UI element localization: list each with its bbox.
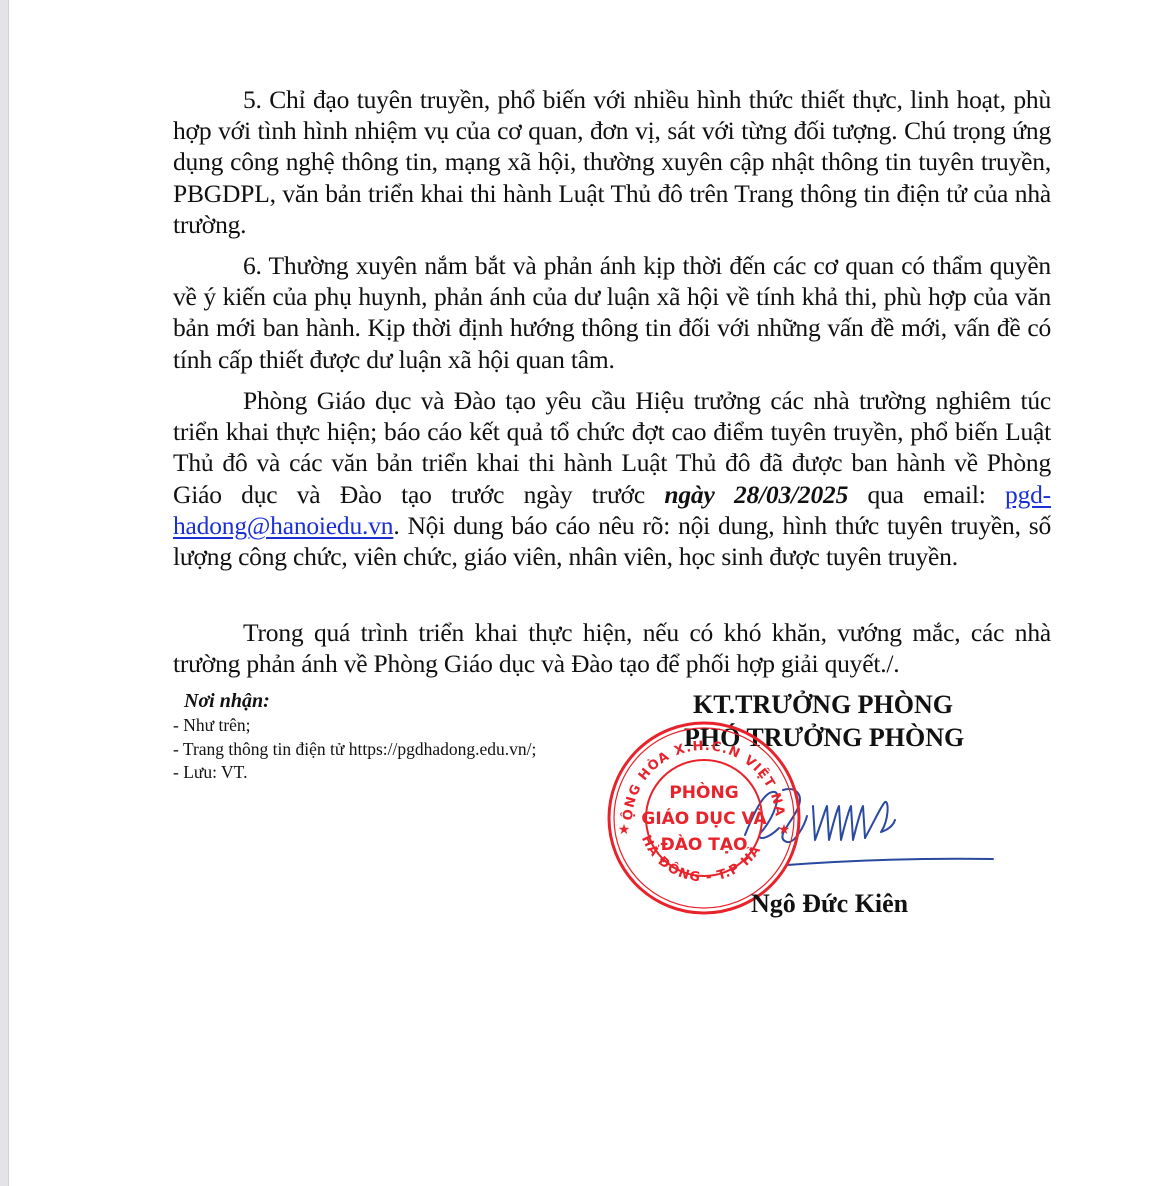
signature-title-primary: KT.TRƯỞNG PHÒNG — [693, 688, 973, 721]
svg-text:GIÁO DỤC VÀ: GIÁO DỤC VÀ — [641, 807, 767, 829]
viewer-left-rail — [0, 0, 9, 1186]
recipient-item: - Như trên; — [173, 714, 536, 738]
signer-name: Ngô Đức Kiên — [751, 889, 908, 919]
paragraph-item-6: 6. Thường xuyên nắm bắt và phản ánh kịp … — [173, 250, 1051, 375]
request-paragraph: Phòng Giáo dục và Đào tạo yêu cầu Hiệu t… — [173, 385, 1051, 572]
request-text: Phòng Giáo dục và Đào tạo yêu cầu Hiệu t… — [173, 385, 1051, 572]
svg-text:ĐÀO TẠO: ĐÀO TẠO — [661, 833, 748, 855]
deadline-date: ngày 28/03/2025 — [664, 480, 848, 509]
paragraph-text: 6. Thường xuyên nắm bắt và phản ánh kịp … — [173, 250, 1051, 375]
request-text-part2: qua email: — [848, 480, 1005, 509]
recipients-title: Nơi nhận: — [173, 689, 536, 714]
paragraph-item-5: 5. Chỉ đạo tuyên truyền, phổ biến với nh… — [173, 84, 1051, 240]
recipients-list: - Như trên; - Trang thông tin điện tử ht… — [173, 714, 536, 785]
svg-text:★: ★ — [618, 822, 631, 838]
closing-paragraph: Trong quá trình triển khai thực hiện, nế… — [173, 617, 1051, 679]
official-stamp-icon: CỘNG HÒA X.H.C.N VIỆT NAM Q. HÀ ĐÔNG - T… — [604, 718, 804, 918]
paragraph-text: 5. Chỉ đạo tuyên truyền, phổ biến với nh… — [173, 84, 1051, 240]
svg-text:★: ★ — [778, 822, 791, 838]
recipient-item: - Lưu: VT. — [173, 761, 536, 785]
recipient-item: - Trang thông tin điện tử https://pgdhad… — [173, 738, 536, 762]
svg-text:PHÒNG: PHÒNG — [669, 781, 738, 803]
closing-text: Trong quá trình triển khai thực hiện, nế… — [173, 617, 1051, 679]
recipients-block: Nơi nhận: - Như trên; - Trang thông tin … — [173, 689, 536, 785]
svg-text:CỘNG HÒA X.H.C.N VIỆT NAM: CỘNG HÒA X.H.C.N VIỆT NAM — [604, 718, 787, 821]
